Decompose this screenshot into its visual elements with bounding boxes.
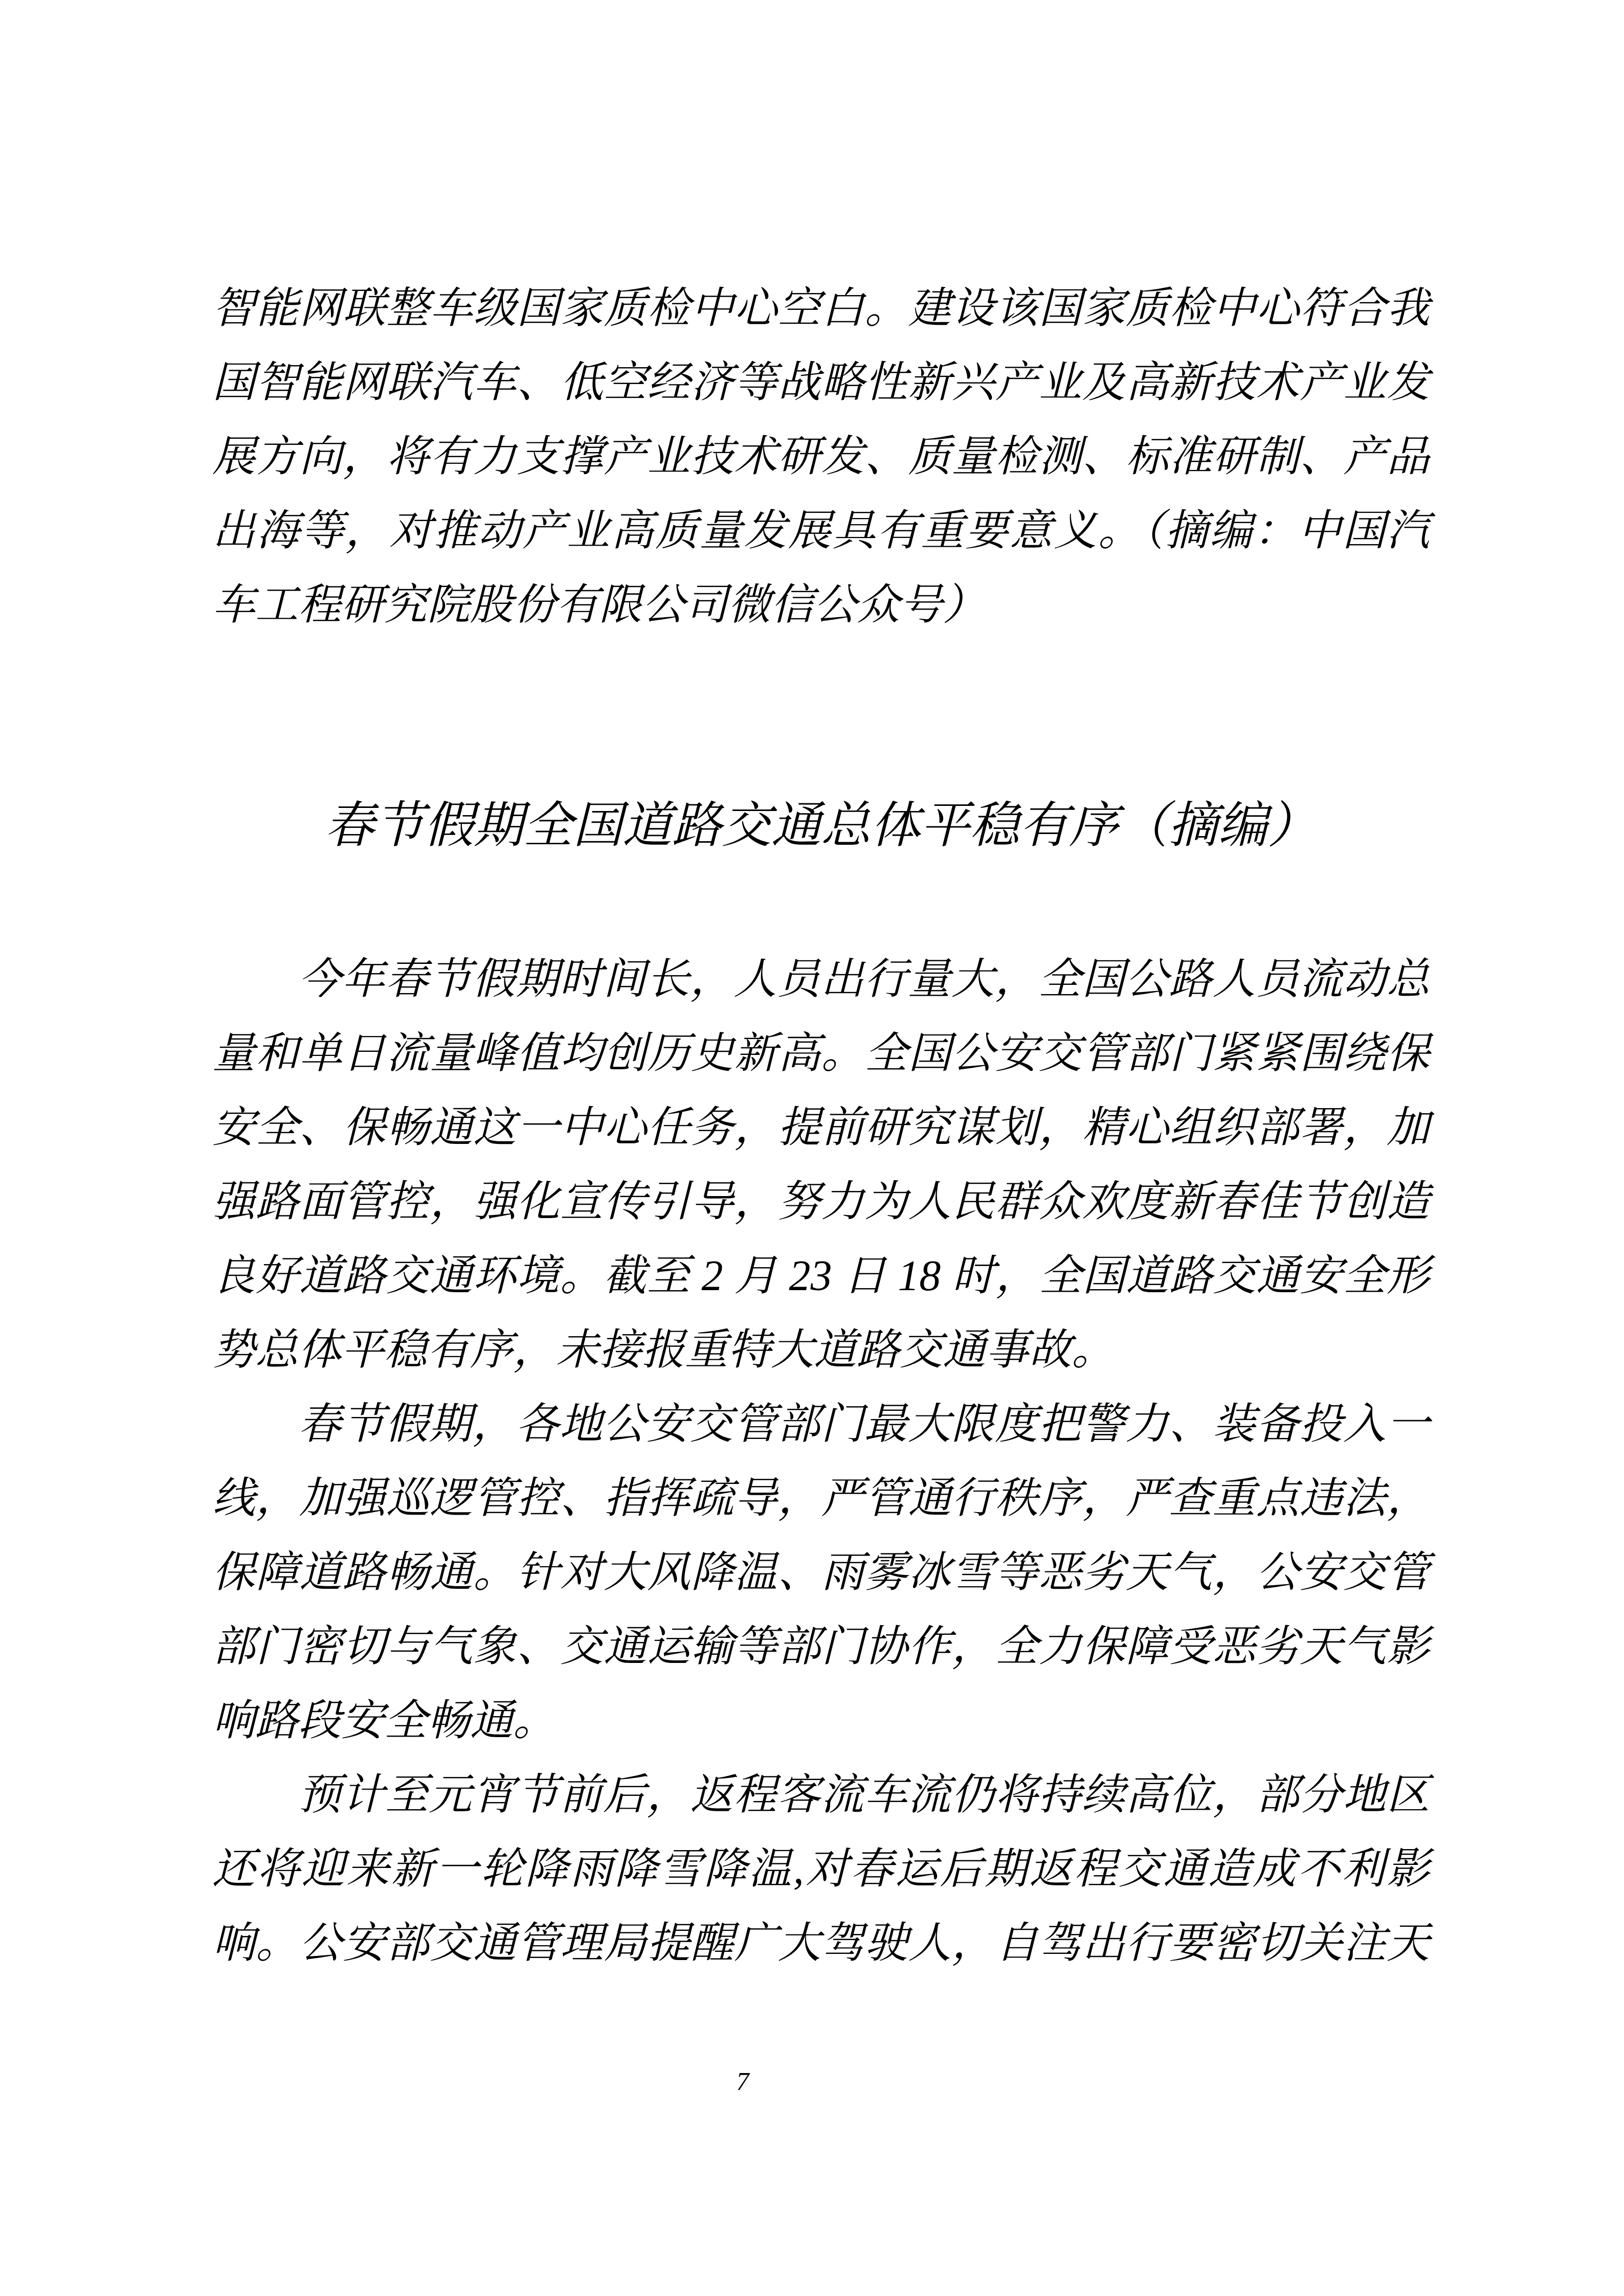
text-line: 线，加强巡逻管控、指挥疏导，严管通行秩序，严查重点违法， — [212, 1461, 1430, 1536]
text-line: 强路面管控，强化宣传引导，努力为人民群众欢度新春佳节创造 — [212, 1165, 1430, 1239]
text-line: 还将迎来新一轮降雨降雪降温,对春运后期返程交通造成不利影 — [212, 1832, 1430, 1906]
text-line: 响。公安部交通管理局提醒广大驾驶人，自驾出行要密切关注天 — [212, 1906, 1430, 1980]
paragraph-holiday-measures: 春节假期，各地公安交管部门最大限度把警力、装备投入一线，加强巡逻管控、指挥疏导，… — [212, 1387, 1430, 1758]
text-line: 智能网联整车级国家质检中心空白。建设该国家质检中心符合我 — [212, 272, 1430, 346]
text-line: 预计至元宵节前后，返程客流车流仍将持续高位，部分地区 — [212, 1758, 1430, 1832]
paragraph-outlook: 预计至元宵节前后，返程客流车流仍将持续高位，部分地区还将迎来新一轮降雨降雪降温,… — [212, 1758, 1430, 1980]
text-line: 今年春节假期时间长，人员出行量大，全国公路人员流动总 — [212, 942, 1430, 1017]
text-line: 国智能网联汽车、低空经济等战略性新兴产业及高新技术产业发 — [212, 346, 1430, 420]
text-line: 出海等，对推动产业高质量发展具有重要意义。（摘编：中国汽 — [212, 494, 1430, 568]
document-page: 智能网联整车级国家质检中心空白。建设该国家质检中心符合我国智能网联汽车、低空经济… — [0, 0, 1624, 2296]
text-line: 安全、保畅通这一中心任务，提前研究谋划，精心组织部署，加 — [212, 1091, 1430, 1165]
paragraph-traffic-overview: 今年春节假期时间长，人员出行量大，全国公路人员流动总量和单日流量峰值均创历史新高… — [212, 942, 1430, 1387]
text-line: 车工程研究院股份有限公司微信公众号） — [212, 568, 1430, 642]
page-number: 7 — [717, 2066, 768, 2097]
text-line: 响路段安全畅通。 — [212, 1684, 1430, 1758]
text-line: 良好道路交通环境。截至 2 月 23 日 18 时，全国道路交通安全形 — [212, 1239, 1430, 1313]
text-line: 部门密切与气象、交通运输等部门协作，全力保障受恶劣天气影 — [212, 1610, 1430, 1684]
section-heading: 春节假期全国道路交通总体平稳有序（摘编） — [212, 787, 1430, 864]
text-line: 量和单日流量峰值均创历史新高。全国公安交管部门紧紧围绕保 — [212, 1017, 1430, 1091]
text-line: 展方向，将有力支撑产业技术研发、质量检测、标准研制、产品 — [212, 420, 1430, 494]
text-line: 春节假期，各地公安交管部门最大限度把警力、装备投入一 — [212, 1387, 1430, 1461]
text-content: 智能网联整车级国家质检中心空白。建设该国家质检中心符合我国智能网联汽车、低空经济… — [212, 272, 1430, 1980]
text-line: 保障道路畅通。针对大风降温、雨雾冰雪等恶劣天气，公安交管 — [212, 1536, 1430, 1610]
text-line: 势总体平稳有序，未接报重特大道路交通事故。 — [212, 1313, 1430, 1387]
paragraph-continued-from-previous-page: 智能网联整车级国家质检中心空白。建设该国家质检中心符合我国智能网联汽车、低空经济… — [212, 272, 1430, 642]
